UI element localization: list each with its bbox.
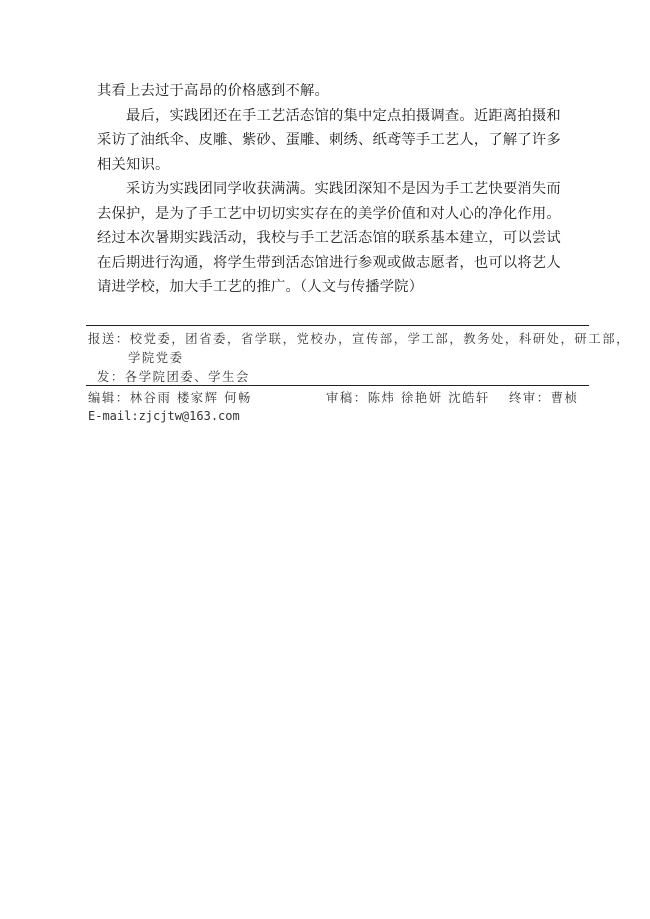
- footer-bottom-rule: [86, 385, 589, 386]
- final-review-label: 终审：: [509, 391, 551, 405]
- paragraph-continued: 其看上去过于高昂的价格感到不解。: [97, 79, 567, 104]
- final-review-line: 终审：曹桢: [509, 388, 579, 406]
- article-body: 其看上去过于高昂的价格感到不解。 最后，实践团还在手工艺活态馆的集中定点拍摄调查…: [97, 79, 567, 300]
- final-review-name: 曹桢: [551, 391, 579, 405]
- send-label: 发：: [97, 370, 125, 384]
- send-recipients: 各学院团委、学生会: [125, 370, 250, 384]
- contact-email: E-mail:zjcjtw@163.com: [88, 409, 240, 423]
- report-to-label: 报送：: [88, 332, 130, 346]
- report-to-continued: 学院党委: [128, 348, 184, 366]
- paragraph-final-shoot: 最后，实践团还在手工艺活态馆的集中定点拍摄调查。近距离拍摄和采访了油纸伞、皮雕、…: [97, 104, 567, 178]
- footer-top-rule: [86, 325, 589, 326]
- editors-line: 编辑：林谷雨 楼家辉 何畅: [88, 388, 252, 406]
- reviewers-names: 陈炜 徐艳妍 沈皓轩: [368, 391, 490, 405]
- paragraph-conclusion: 采访为实践团同学收获满满。实践团深知不是因为手工艺快要消失而去保护，是为了手工艺…: [97, 177, 567, 300]
- editors-label: 编辑：: [88, 391, 130, 405]
- send-line: 发：各学院团委、学生会: [97, 367, 250, 385]
- reviewers-line: 审稿：陈炜 徐艳妍 沈皓轩: [326, 388, 490, 406]
- reviewers-label: 审稿：: [326, 391, 368, 405]
- editors-names: 林谷雨 楼家辉 何畅: [130, 391, 252, 405]
- report-to-line: 报送：校党委，团省委，省学联，党校办，宣传部，学工部，教务处，科研处，研工部，: [88, 329, 630, 347]
- report-to-recipients: 校党委，团省委，省学联，党校办，宣传部，学工部，教务处，科研处，研工部，: [130, 332, 630, 346]
